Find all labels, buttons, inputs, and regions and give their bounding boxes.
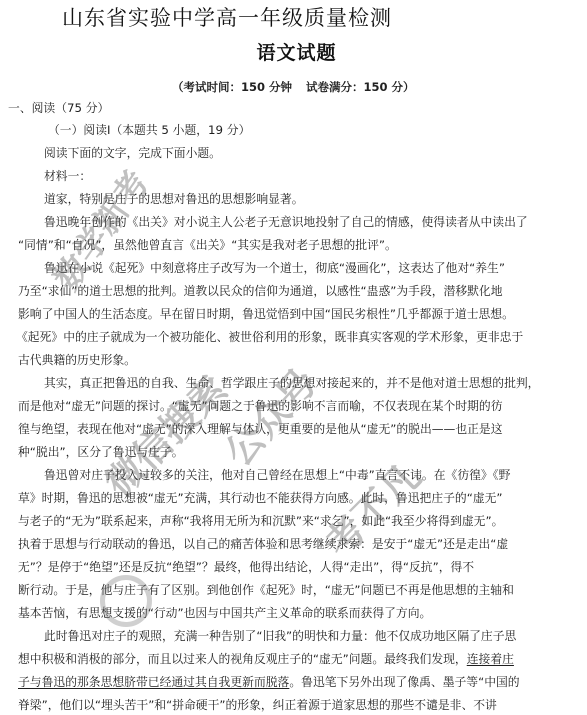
full-score: 试卷满分：150 分） bbox=[306, 80, 415, 94]
passage-line: 鲁迅晚年创作的《出关》对小说主人公老子无意识地投射了自己的情感，使得读者从中读出… bbox=[44, 214, 528, 230]
passage-line: 鲁迅在小说《起死》中刻意将庄子改写为一个道士，彻底“漫画化”，这表达了他对“养生… bbox=[44, 260, 505, 276]
passage-line: 执着于思想与行动联动的鲁迅，以自己的痛苦体验和思考继续求索：是安于“虚无”还是走… bbox=[18, 536, 508, 552]
passage-line: 与老子的“无为”联系起来，声称“我将用无所为和沉默”来“求乞”，如此“我至少将得… bbox=[18, 513, 503, 529]
passage-line: 《起死》中的庄子就成为一个被功能化、被世俗利用的形象，既非真实客观的学术形象，更… bbox=[16, 329, 523, 345]
exam-time: （考试时间：150 分钟 bbox=[172, 80, 292, 94]
exam-info: （考试时间：150 分钟试卷满分：150 分） bbox=[172, 79, 429, 95]
underlined-sentence: 连接着庄 bbox=[467, 652, 514, 666]
passage-line: 想中积极和消极的部分，而且以过来人的视角反观庄子的“虚无”问题。最终我们发现，连… bbox=[18, 651, 514, 667]
passage-line: “同情”和“自况”，虽然他曾直言《出关》“其实是我对老子思想的批评”。 bbox=[18, 237, 397, 253]
passage-line: 影响了中国人的生活态度。早在留日时期，鲁迅觉悟到中国“国民劣根性”几乎都源于道士… bbox=[18, 306, 514, 322]
passage-text: 想中积极和消极的部分，而且以过来人的视角反观庄子的“虚无”问题。最终我们发现， bbox=[18, 652, 467, 666]
section-heading: 一、阅读（75 分） bbox=[8, 100, 109, 116]
passage-line: 道家，特别是庄子的思想对鲁迅的思想影响显著。 bbox=[44, 191, 304, 207]
passage-line: 古代典籍的历史形象。 bbox=[18, 352, 136, 368]
exam-title: 山东省实验中学高一年级质量检测 bbox=[0, 2, 587, 32]
passage-line: 子与鲁迅的那条思想脐带已经通过其自我更新而脱落。鲁迅笔下另外出现了像禹、墨子等“… bbox=[18, 674, 520, 690]
passage-line: 断行动。于是，他与庄子有了区别。到他创作《起死》时，“虚无”问题已不再是他思想的… bbox=[18, 582, 514, 598]
underlined-sentence: 子与鲁迅的那条思想脐带已经通过其自我更新而脱落 bbox=[18, 675, 289, 689]
subject-title: 语文试题 bbox=[0, 38, 587, 65]
passage-line: 基本苦恼，有思想支援的“行动”也因与中国共产主义革命的联系而获得了方向。 bbox=[18, 605, 431, 621]
passage-line: 其实，真正把鲁迅的自我、生命、哲学跟庄子的思想对接起来的，并不是他对道士思想的批… bbox=[44, 375, 539, 391]
passage-line: 乃至“求仙”的道士思想的批判。道教以民众的信仰为通道，以感性“蛊惑”为手段，潜移… bbox=[18, 283, 503, 299]
watermark-text: 公众号 bbox=[210, 354, 327, 476]
passage-line: 鲁迅曾对庄子投入过较多的关注，他对自己曾经在思想上“中毒”直言不讳。在《彷徨》《… bbox=[44, 467, 510, 483]
passage-line: 种“脱出”，区分了鲁迅与庄子。 bbox=[18, 444, 184, 460]
passage-line: 而是他对“虚无”问题的探讨。“虚无”问题之于鲁迅的影响不言而喻，不仅表现在某个时… bbox=[18, 398, 503, 414]
passage-line: 无”？是停于“绝望”还是反抗“绝望”？最终，他得出结论，人得“走出”，得“反抗”… bbox=[18, 559, 474, 575]
passage-line: 徨与绝望，表现在他对“虚无”的深入理解与体认，更重要的是他从“虚无”的脱出——也… bbox=[18, 421, 503, 437]
passage-text: 。鲁迅笔下另外出现了像禹、墨子等“中国的 bbox=[289, 675, 519, 689]
passage-line: 脊梁”，他们以“埋头苦干”和“拼命硬干”的形象，纠正着源于道家思想的那些不谴是非… bbox=[18, 697, 497, 713]
exam-page: 山东省实验中学高一年级质量检测 语文试题 （考试时间：150 分钟试卷满分：15… bbox=[0, 0, 587, 715]
sub-section-heading: （一）阅读Ⅰ（本题共 5 小题，19 分） bbox=[48, 122, 250, 138]
instruction: 阅读下面的文字，完成下面小题。 bbox=[44, 145, 221, 161]
material-label: 材料一： bbox=[44, 168, 91, 184]
passage-line: 草》时期，鲁迅的思想被“虚无”充满，其行动也不能获得方向感。此时，鲁迅把庄子的“… bbox=[18, 490, 503, 506]
passage-line: 此时鲁迅对庄子的观照，充满一种告别了“旧我”的明快和力量：他不仅成功地区隔了庄子… bbox=[44, 628, 516, 644]
